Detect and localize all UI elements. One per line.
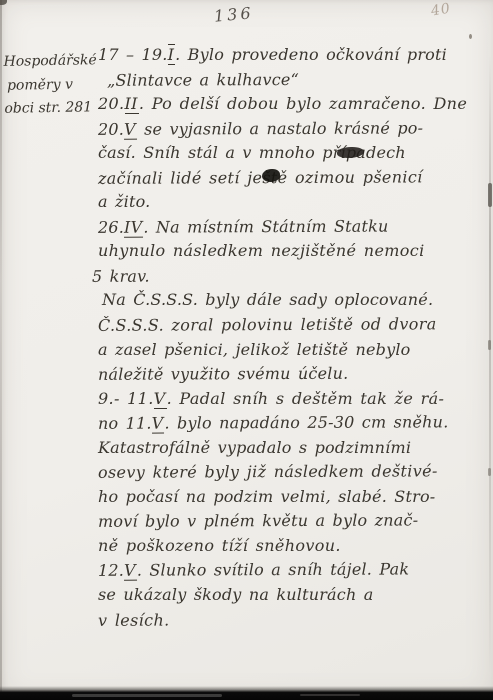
line-text: náležitě využito svému účelu. (98, 364, 348, 384)
scan-edge-mark (488, 468, 491, 476)
body-line: ně poškozeno tíží sněhovou. (98, 536, 478, 561)
scan-edge-shadow-right (489, 55, 491, 675)
line-text: se vyjasnilo a nastalo krásné po- (137, 118, 424, 138)
body-line: moví bylo v plném květu a bylo znač- (98, 511, 478, 537)
line-text: . Padal sníh s deštěm tak že rá- (167, 389, 445, 408)
body-line: 12.V. Slunko svítilo a sníh tájel. Pak (98, 560, 478, 586)
month-numeral: V (154, 389, 167, 409)
margin-note: Hospodářské poměry v obci str. 281 (3, 49, 100, 121)
page-number: 136 (213, 3, 254, 25)
body-line: 17 – 19.I. Bylo provedeno očkování proti (98, 45, 478, 70)
month-numeral: I (168, 44, 176, 65)
body-line: uhynulo následkem nezjištěné nemoci (98, 241, 478, 266)
line-text: a zasel pšenici, jelikož letiště nebylo (98, 340, 411, 359)
line-text: uhynulo následkem nezjištěné nemoci (98, 241, 425, 260)
line-text: 12. (98, 561, 124, 580)
month-numeral: V (152, 414, 165, 434)
body-line: 26.IV. Na místním Státním Statku (98, 216, 478, 242)
line-text: 20. (98, 94, 125, 113)
scan-bottom-black-bar (0, 686, 493, 700)
body-line: 9.- 11.V. Padal sníh s deštěm tak že rá- (98, 389, 478, 414)
line-text: začínali lidé setí ještě ozimou pšenicí (98, 167, 423, 187)
line-text: Č.S.S.S. zoral polovinu letiště od dvora (98, 314, 437, 334)
scan-edge-mark (488, 183, 492, 207)
body-line: no 11.V. bylo napadáno 25-30 cm sněhu. (98, 412, 478, 438)
body-line: náležitě využito svému účelu. (98, 363, 478, 389)
line-text: . bylo napadáno 25-30 cm sněhu. (164, 413, 448, 433)
margin-note-line: poměry v (4, 73, 100, 98)
line-text: ně poškozeno tíží sněhovou. (98, 536, 341, 555)
line-text: v lesích. (98, 610, 170, 629)
line-text: . Bylo provedeno očkování proti (175, 45, 447, 64)
body-line: osevy které byly již následkem deštivé- (98, 461, 478, 487)
month-numeral: IV (124, 217, 143, 237)
line-text: ho počasí na podzim velmi, slabé. Stro- (98, 487, 435, 506)
body-line: Na Č.S.S.S. byly dále sady oplocované. (98, 290, 478, 315)
scan-bar-ghost-mark (72, 694, 222, 697)
body-line: začínali lidé setí ještě ozimou pšenicí (98, 167, 478, 193)
line-text: . Slunko svítilo a sníh tájel. Pak (137, 560, 410, 580)
chronicle-page-scan: 136 40 Hospodářské poměry v obci str. 28… (0, 0, 493, 700)
month-numeral: V (124, 119, 137, 139)
line-text: Katastrofálně vypadalo s podzimními (98, 438, 411, 457)
margin-note-line: obci str. 281 (4, 96, 100, 121)
ink-speck (469, 34, 472, 39)
body-line: se ukázaly škody na kulturách a (98, 585, 478, 610)
line-text: 17 – 19. (98, 45, 168, 64)
scan-bar-ghost-mark (300, 694, 360, 696)
line-text: . Po delší dobou bylo zamračeno. Dne (139, 94, 467, 113)
line-text: 26. (98, 218, 124, 237)
line-text: Na Č.S.S.S. byly dále sady oplocované. (102, 290, 433, 309)
margin-note-line: Hospodářské (3, 49, 99, 74)
line-text: osevy které byly již následkem deštivé- (98, 462, 438, 482)
line-text: 9.- 11. (98, 389, 154, 408)
corner-pencil-number: 40 (430, 0, 452, 19)
body-line: a zasel pšenici, jelikož letiště nebylo (98, 340, 478, 365)
body-line: časí. Sníh stál a v mnoho případech (98, 143, 478, 168)
handwritten-body: 17 – 19.I. Bylo provedeno očkování proti… (98, 45, 478, 634)
month-numeral: V (124, 561, 137, 581)
body-line: 5 krav. (92, 265, 478, 291)
line-text: „Slintavce a kulhavce“ (107, 69, 299, 89)
line-text: moví bylo v plném květu a bylo znač- (98, 511, 418, 531)
body-line: Katastrofálně vypadalo s podzimními (98, 438, 478, 463)
line-text: a žito. (98, 192, 150, 211)
body-line: „Slintavce a kulhavce“ (98, 69, 478, 95)
ink-blot (262, 169, 280, 182)
month-numeral: II (125, 94, 139, 114)
line-text: 5 krav. (92, 267, 150, 286)
line-text: . Na místním Státním Statku (143, 216, 388, 236)
body-line: 20.V se vyjasnilo a nastalo krásné po- (98, 118, 478, 144)
line-text: se ukázaly škody na kulturách a (98, 585, 373, 604)
line-text: 20. (98, 119, 124, 138)
scan-edge-mark (488, 340, 491, 350)
line-text: no 11. (98, 414, 152, 433)
body-line: a žito. (98, 192, 478, 217)
body-line: 20.II. Po delší dobou bylo zamračeno. Dn… (98, 94, 478, 119)
body-line: ho počasí na podzim velmi, slabé. Stro- (98, 487, 478, 512)
scan-edge-shadow-left (0, 0, 2, 700)
body-line: v lesích. (98, 609, 478, 635)
body-line: Č.S.S.S. zoral polovinu letiště od dvora (98, 314, 478, 340)
